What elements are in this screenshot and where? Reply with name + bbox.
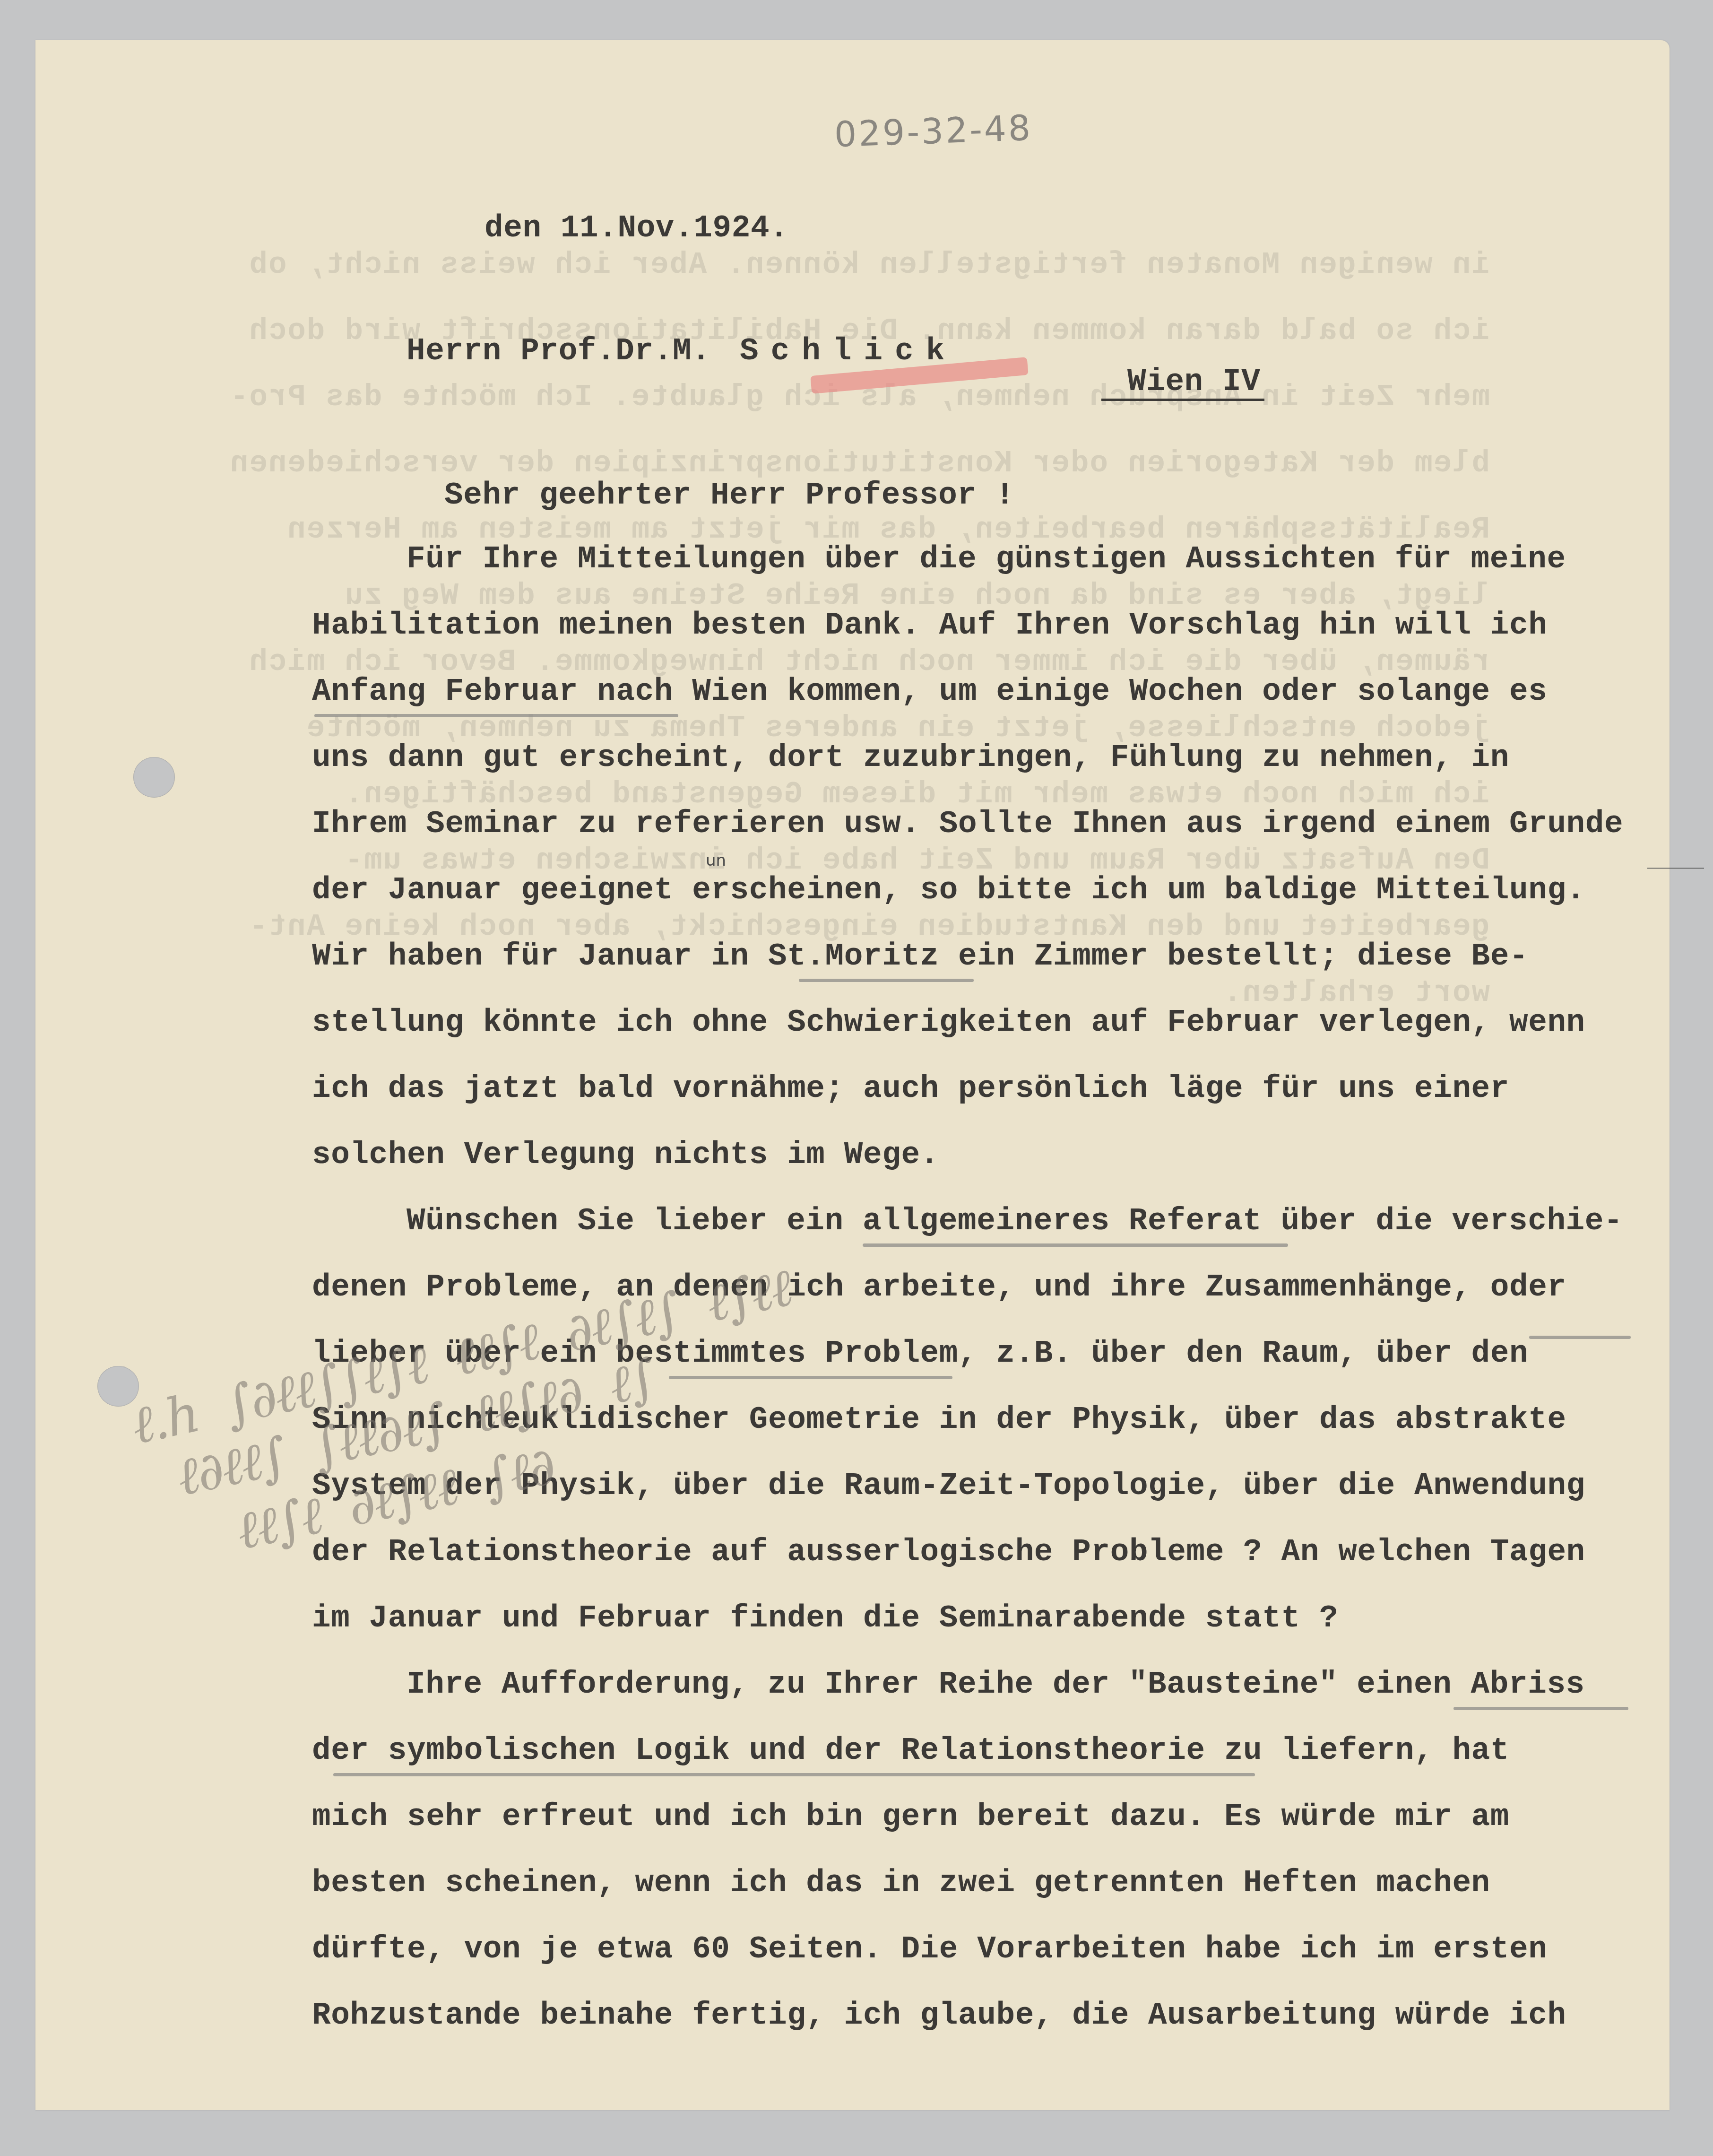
body-line: Wir haben für Januar in St.Moritz ein Zi… (312, 941, 1528, 972)
punch-hole (133, 757, 175, 798)
body-line: Sinn nichteuklidischer Geometrie in der … (312, 1404, 1566, 1435)
pencil-underline (333, 1773, 1255, 1776)
body-line: uns dann gut erscheint, dort zuzubringen… (312, 742, 1509, 774)
pencil-underline (314, 714, 678, 717)
recipient-name: Schlick (740, 336, 957, 367)
body-line: im Januar und Februar finden die Seminar… (312, 1603, 1338, 1634)
body-line: dürfte, von je etwa 60 Seiten. Die Vorar… (312, 1934, 1547, 1965)
body-line: Anfang Februar nach Wien kommen, um eini… (312, 676, 1547, 707)
handwritten-insertion: un (706, 851, 726, 870)
date-line: den 11.Nov.1924. (484, 213, 788, 244)
body-line: der symbolischen Logik und der Relations… (312, 1735, 1509, 1766)
margin-mark (1647, 868, 1704, 869)
body-line: solchen Verlegung nichts im Wege. (312, 1139, 939, 1171)
recipient-city: Wien IV (1127, 366, 1260, 398)
pencil-underline (1529, 1336, 1631, 1339)
body-line: stellung könnte ich ohne Schwierigkeiten… (312, 1007, 1585, 1038)
body-line: System der Physik, über die Raum-Zeit-To… (312, 1470, 1585, 1502)
body-line: Wünschen Sie lieber ein allgemeineres Re… (407, 1206, 1623, 1237)
body-line: ich das jatzt bald vornähme; auch persön… (312, 1073, 1509, 1104)
body-line: lieber über ein bestimmtes Problem, z.B.… (312, 1338, 1528, 1369)
body-line: besten scheinen, wenn ich das in zwei ge… (312, 1868, 1490, 1899)
pencil-underline (863, 1243, 1288, 1247)
body-line: der Januar geeignet erscheinen, so bitte… (312, 875, 1585, 906)
archive-number: 029-32-48 (834, 108, 1033, 156)
body-line: Für Ihre Mitteilungen über die günstigen… (407, 544, 1566, 575)
body-line: Habilitation meinen besten Dank. Auf Ihr… (312, 610, 1547, 641)
letter-page: in wenigen Monaten fertigstellen können.… (35, 40, 1670, 2110)
body-line: Ihrem Seminar zu referieren usw. Sollte … (312, 808, 1623, 840)
city-underline (1101, 399, 1264, 401)
body-line: Ihre Aufforderung, zu Ihrer Reihe der "B… (407, 1669, 1585, 1700)
salutation: Sehr geehrter Herr Professor ! (444, 480, 1014, 511)
punch-hole (97, 1366, 139, 1407)
bleed-line: blem der Kategorien oder Konstitutionspr… (229, 447, 1490, 481)
body-line: denen Probleme, an denen ich arbeite, un… (312, 1272, 1566, 1303)
body-line: mich sehr erfreut und ich bin gern berei… (312, 1801, 1509, 1833)
pencil-underline (1453, 1707, 1628, 1710)
bleed-line: in wenigen Monaten fertigstellen können.… (249, 248, 1490, 282)
body-line: der Relationstheorie auf ausserlogische … (312, 1537, 1585, 1568)
body-line: Rohzustande beinahe fertig, ich glaube, … (312, 2000, 1566, 2031)
recipient-prefix: Herrn Prof.Dr.M. (407, 336, 710, 367)
pencil-underline (799, 979, 974, 982)
pencil-underline (669, 1376, 952, 1379)
